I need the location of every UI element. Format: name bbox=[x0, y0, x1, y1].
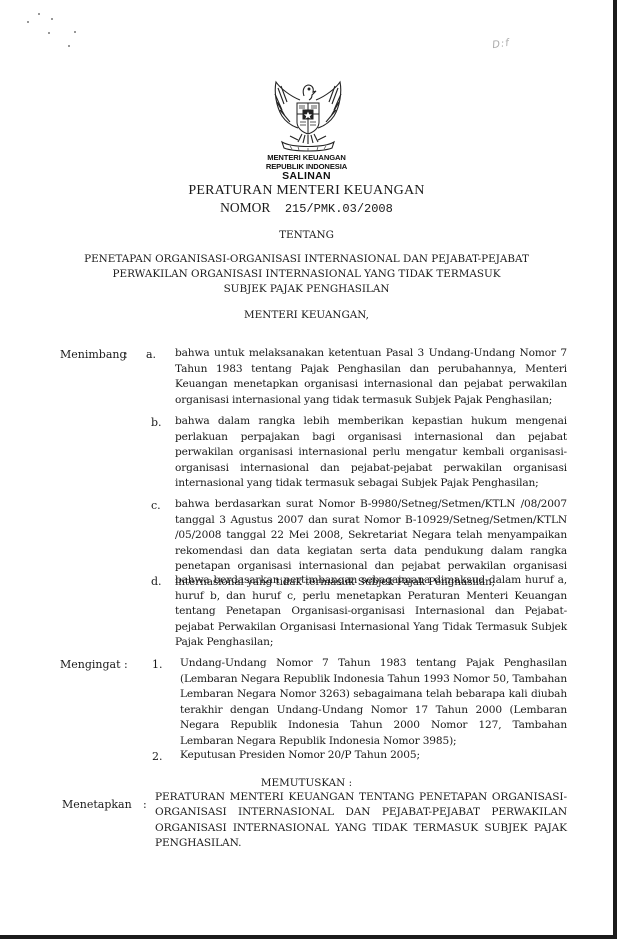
number-value: 215/PMK.03/2008 bbox=[285, 202, 393, 216]
number-label: NOMOR bbox=[220, 200, 270, 215]
item-marker: 1. bbox=[152, 658, 163, 671]
mengingat-label: Mengingat bbox=[60, 658, 121, 671]
decision-label: MEMUTUSKAN : bbox=[0, 777, 613, 789]
menimbang-item-a: bahwa untuk melaksanakan ketentuan Pasal… bbox=[175, 346, 567, 408]
document-page: D:f MEN bbox=[0, 0, 613, 935]
item-marker: b. bbox=[151, 416, 162, 429]
item-marker: a. bbox=[146, 348, 156, 361]
scan-speck bbox=[27, 21, 29, 23]
mengingat-colon: : bbox=[124, 658, 128, 671]
scan-border-right bbox=[613, 0, 617, 939]
garuda-emblem-icon bbox=[268, 78, 348, 154]
item-marker: d. bbox=[151, 575, 162, 588]
menetapkan-text: PERATURAN MENTERI KEUANGAN TENTANG PENET… bbox=[155, 790, 567, 852]
subject-line: PENETAPAN ORGANISASI-ORGANISASI INTERNAS… bbox=[0, 253, 613, 265]
subject-line: SUBJEK PAJAK PENGHASILAN bbox=[0, 283, 613, 295]
menimbang-item-b: bahwa dalam rangka lebih memberikan kepa… bbox=[175, 414, 567, 492]
menimbang-label: Menimbang bbox=[60, 348, 127, 361]
scan-speck bbox=[74, 31, 76, 33]
scan-speck bbox=[68, 45, 70, 47]
scan-border-bottom bbox=[0, 935, 617, 939]
menimbang-colon: : bbox=[124, 348, 128, 361]
copy-stamp: SALINAN bbox=[0, 170, 613, 182]
subject-line: PERWAKILAN ORGANISASI INTERNASIONAL YANG… bbox=[0, 268, 613, 280]
mengingat-item-1: Undang-Undang Nomor 7 Tahun 1983 tentang… bbox=[180, 656, 567, 750]
item-marker: 2. bbox=[152, 750, 163, 763]
about-label: TENTANG bbox=[0, 229, 613, 241]
mengingat-item-2: Keputusan Presiden Nomor 20/P Tahun 2005… bbox=[180, 748, 567, 764]
issuer: MENTERI KEUANGAN, bbox=[0, 309, 613, 321]
regulation-type: PERATURAN MENTERI KEUANGAN bbox=[0, 183, 613, 199]
menetapkan-colon: : bbox=[143, 798, 147, 811]
menetapkan-label: Menetapkan bbox=[62, 798, 132, 811]
scan-speck bbox=[38, 13, 40, 15]
menimbang-item-d: bahwa berdasarkan pertimbangan sebagaima… bbox=[175, 573, 567, 651]
regulation-number: NOMOR 215/PMK.03/2008 bbox=[0, 200, 613, 216]
handwritten-annotation: D:f bbox=[492, 36, 525, 62]
item-marker: c. bbox=[151, 499, 161, 512]
scan-speck bbox=[51, 18, 53, 20]
scan-speck bbox=[48, 32, 50, 34]
ministry-name: MENTERI KEUANGAN bbox=[0, 153, 613, 162]
